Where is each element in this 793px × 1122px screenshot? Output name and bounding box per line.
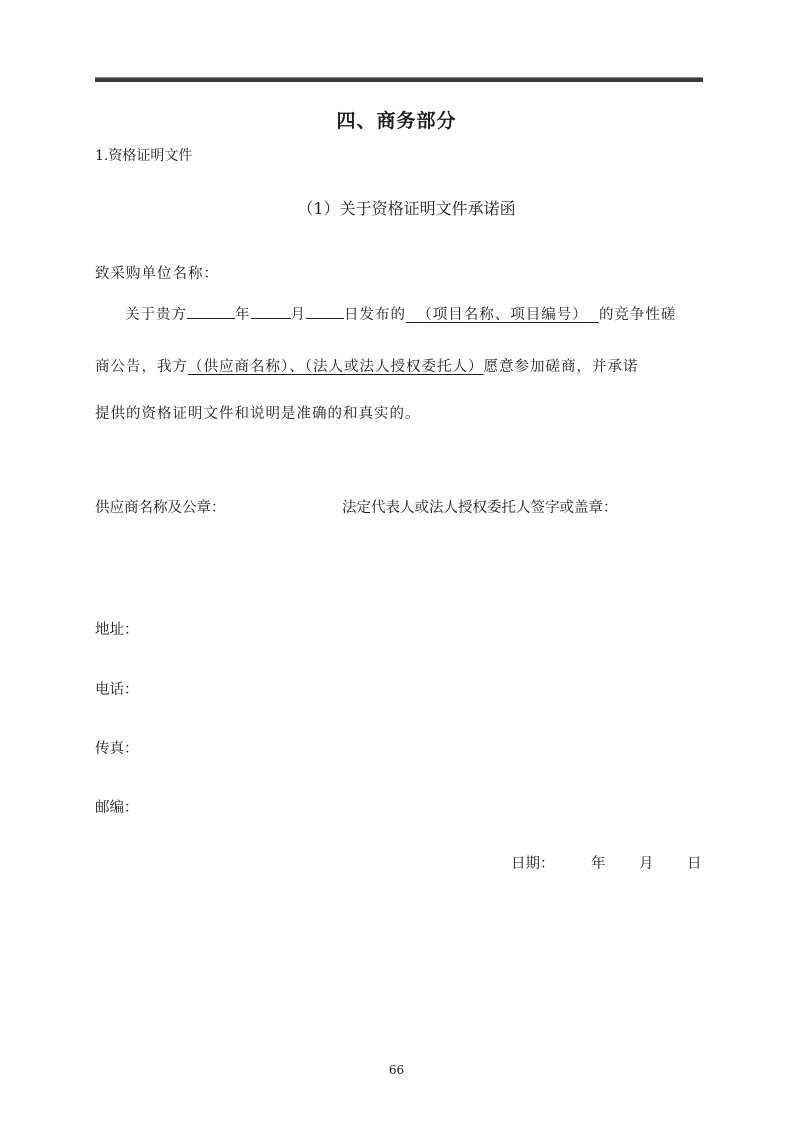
date-month: 月 — [639, 852, 654, 873]
date-year: 年 — [591, 852, 606, 873]
body-line-3: 提供的资格证明文件和说明是准确的和真实的。 — [95, 402, 421, 423]
project-placeholder: （项目名称、项目编号） — [406, 307, 599, 323]
supplier-seal-label: 供应商名称及公章： — [95, 496, 226, 517]
section-title: 四、商务部分 — [0, 106, 793, 133]
letter-title: （1）关于资格证明文件承诺函 — [0, 196, 793, 219]
legal-rep-sign-label: 法定代表人或法人授权委托人签字或盖章： — [342, 496, 618, 517]
header-rule — [95, 77, 703, 82]
fax-label: 传真： — [95, 737, 139, 758]
supplier-placeholder: （供应商名称）、（法人或法人授权委托人） — [188, 359, 484, 375]
year-blank — [187, 304, 235, 319]
month-blank — [251, 304, 291, 319]
addressee: 致采购单位名称： — [95, 262, 219, 283]
body-line-2: 商公告，我方（供应商名称）、（法人或法人授权委托人）愿意参加磋商，并承诺 — [95, 355, 639, 376]
body-line-1: 关于贵方年月日发布的 （项目名称、项目编号） 的竞争性磋 — [125, 303, 676, 324]
page-number: 66 — [0, 1063, 793, 1077]
phone-label: 电话： — [95, 678, 139, 699]
subsection-heading: 1.资格证明文件 — [95, 145, 192, 165]
day-blank — [306, 304, 344, 319]
date-day: 日 — [687, 852, 702, 873]
postcode-label: 邮编： — [95, 796, 139, 817]
date-label: 日期： — [511, 852, 555, 873]
address-label: 地址： — [95, 618, 139, 639]
